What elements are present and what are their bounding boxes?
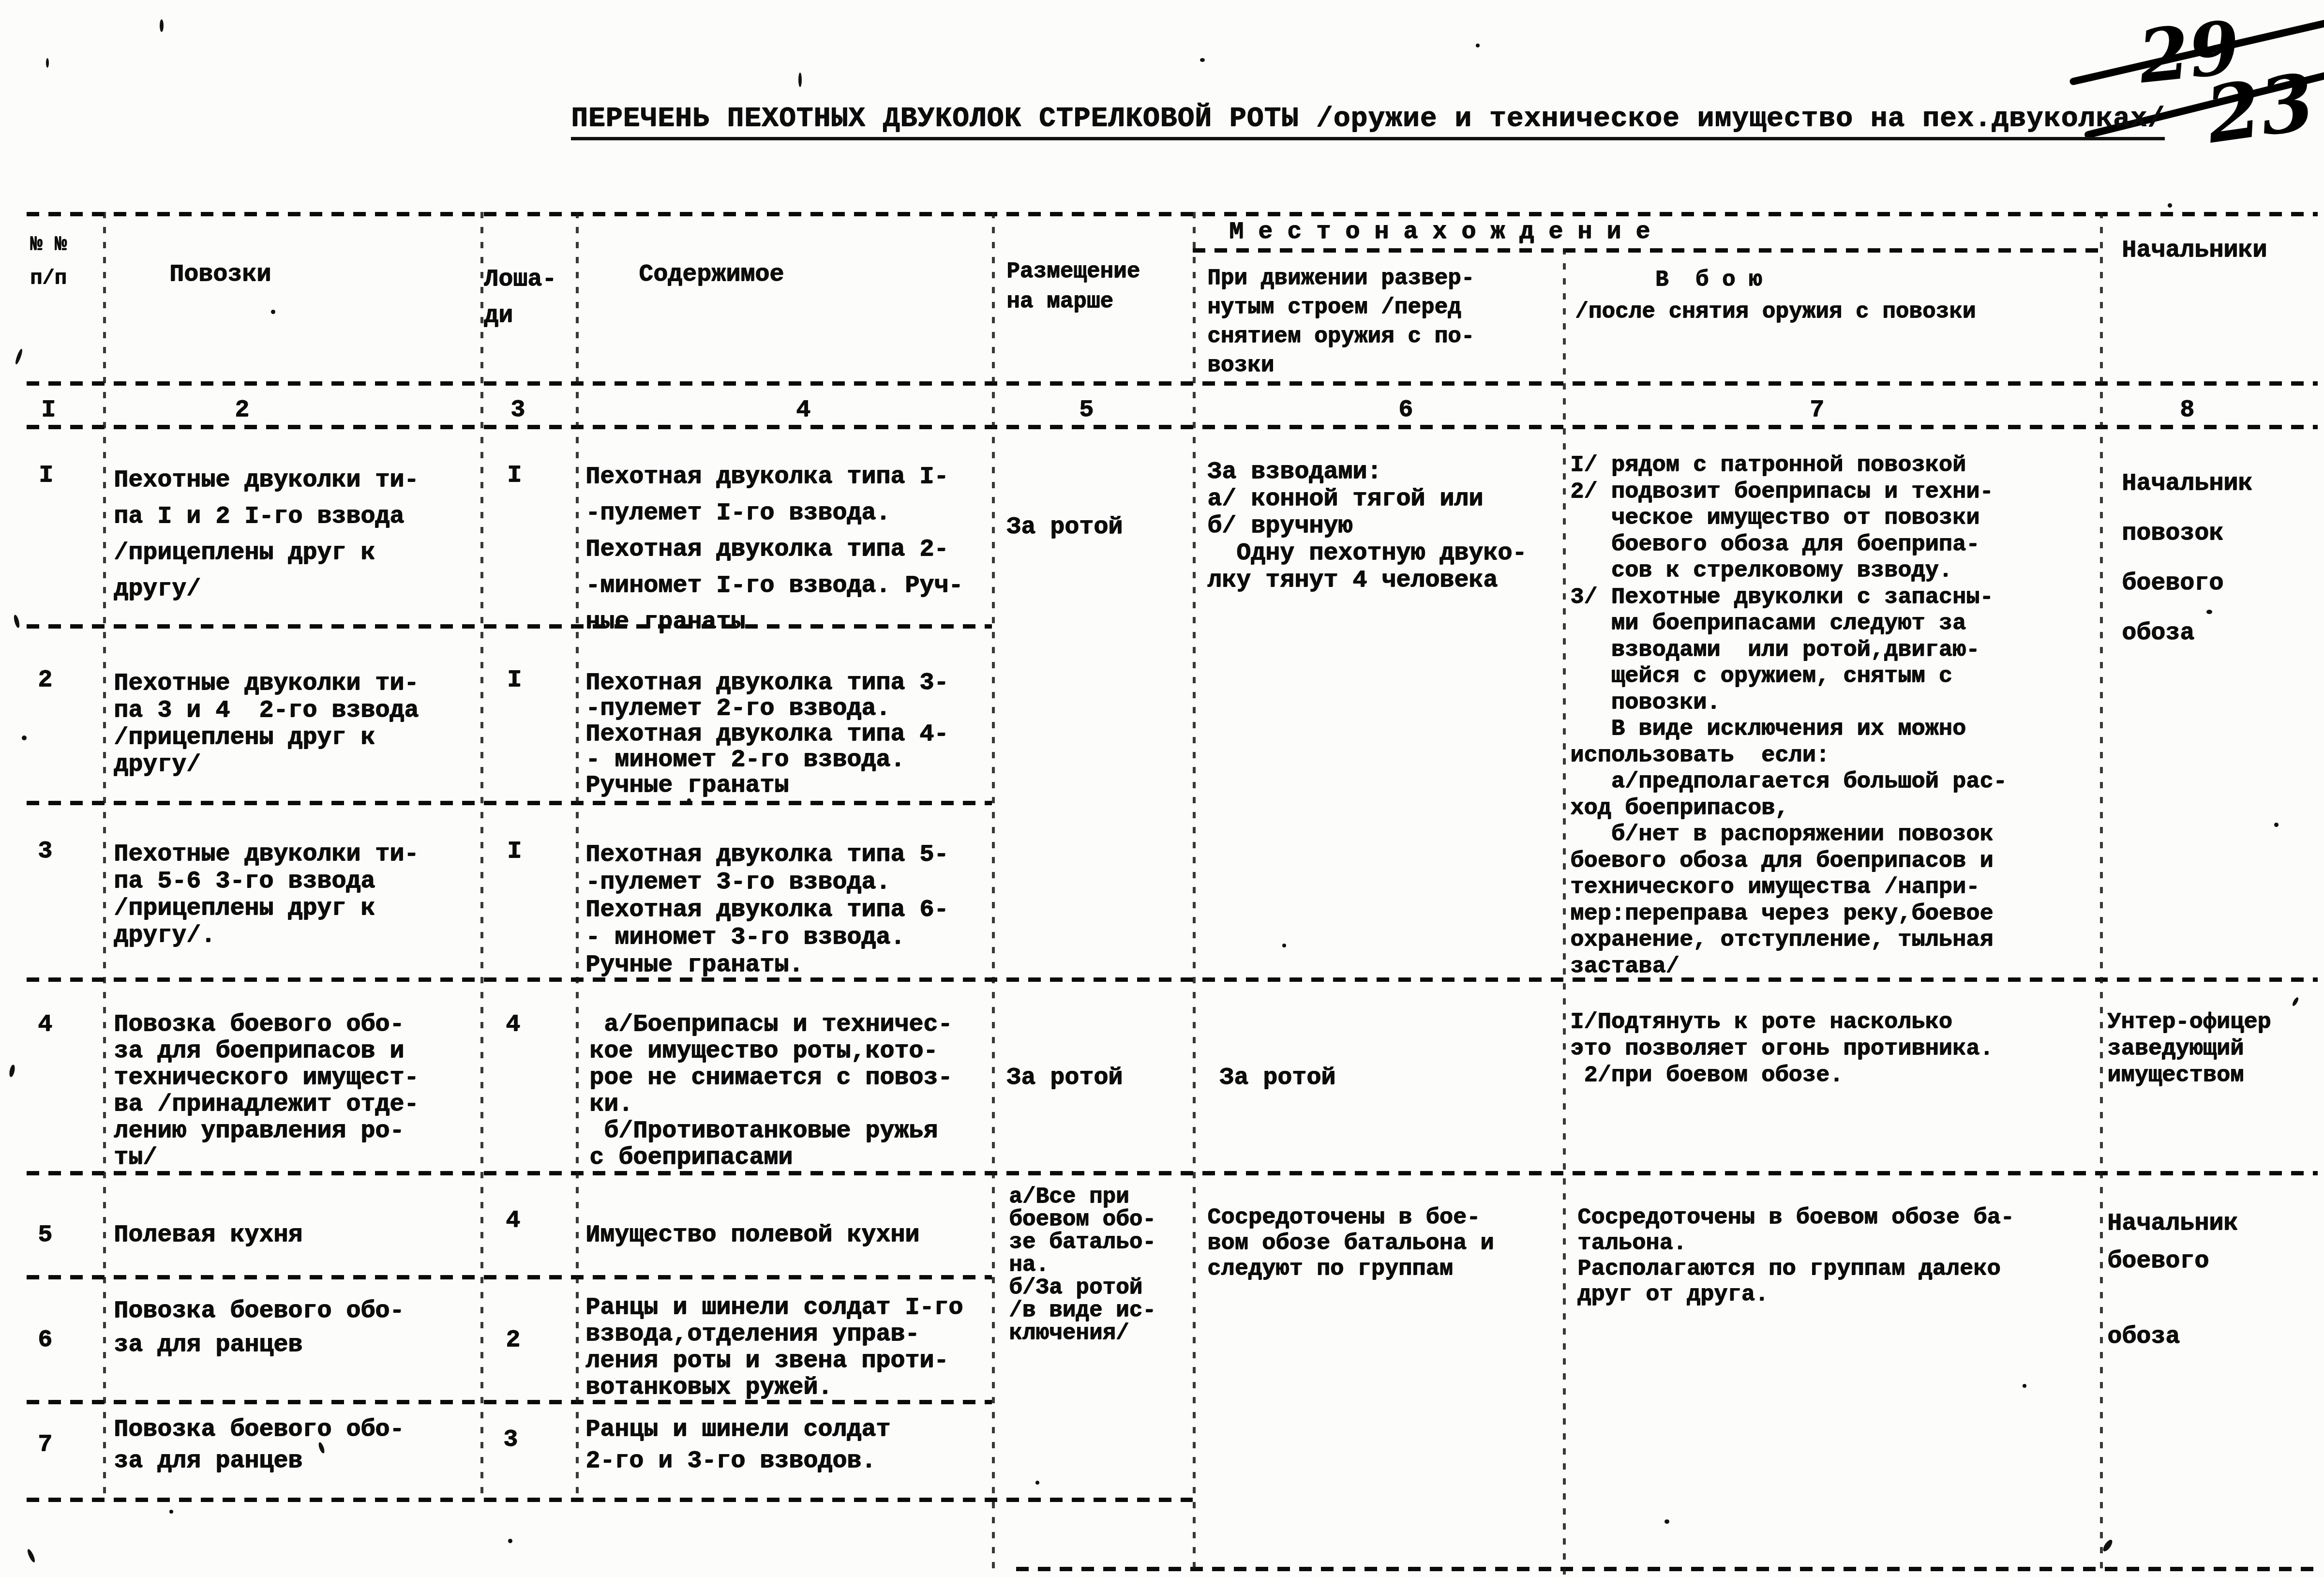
row6-number-cell: 6 bbox=[38, 1327, 52, 1353]
column-number-4: 4 bbox=[796, 397, 810, 423]
row3-contents-cell: Пехотная двуколка типа 5- -пулемет 3-го … bbox=[585, 841, 948, 979]
column-number-7: 7 bbox=[1810, 397, 1824, 423]
row7-number-cell: 7 bbox=[38, 1431, 52, 1458]
row1-number-cell: I bbox=[39, 462, 53, 489]
column-number-3: 3 bbox=[510, 397, 525, 423]
column-number-2: 2 bbox=[235, 397, 249, 423]
table-border-bottom-edge bbox=[1016, 1567, 2323, 1571]
row4-march-cell: За ротой bbox=[1006, 1065, 1123, 1091]
table-border-row5 bbox=[27, 1275, 992, 1279]
row2-contents-cell: Пехотная двуколка типа 3- -пулемет 2-го … bbox=[585, 670, 948, 798]
rows1-3-battle-cell: I/ рядом с патронной повозкой 2/ подвози… bbox=[1570, 452, 2007, 980]
row4-horses-cell: 4 bbox=[506, 1011, 520, 1038]
row3-wagons-cell: Пехотные двуколки ти- па 5-6 3-го взвода… bbox=[114, 841, 419, 949]
column-divider-4-5 bbox=[992, 212, 995, 1577]
header-wagons-cell: Повозки bbox=[169, 261, 271, 288]
row4-chief-cell: Унтер-офицер заведующий имуществом bbox=[2107, 1009, 2271, 1089]
row7-wagons-cell: Повозка боевого обо- за для ранцев bbox=[114, 1414, 404, 1477]
row1-contents-cell: Пехотная двуколка типа I- -пулемет I-го … bbox=[585, 459, 963, 640]
document-title: ПЕРЕЧЕНЬ ПЕХОТНЫХ ДВУКОЛОК СТРЕЛКОВОЙ РО… bbox=[571, 105, 2165, 140]
row5-wagons-cell: Полевая кухня bbox=[114, 1222, 302, 1248]
header-horses-cell: Лоша- ди bbox=[484, 261, 556, 334]
column-number-6: 6 bbox=[1398, 397, 1413, 423]
row4-contents-cell: а/Боеприпасы и техничес- кое имущество р… bbox=[589, 1011, 952, 1171]
table-border-under-numbers bbox=[27, 425, 2318, 429]
header-contents-cell: Содержимое bbox=[639, 261, 784, 288]
column-number-1: I bbox=[41, 397, 56, 423]
column-number-5: 5 bbox=[1079, 397, 1094, 423]
header-battle-cell: В б о ю /после снятия оружия с повозки bbox=[1575, 264, 1976, 328]
column-divider-6-7 bbox=[1563, 248, 1566, 1577]
row2-number-cell: 2 bbox=[38, 667, 52, 693]
table-border-row4 bbox=[27, 1171, 2318, 1175]
row4-number-cell: 4 bbox=[38, 1011, 52, 1038]
table-border-under-header bbox=[27, 381, 2318, 386]
rows5-7-battle-cell: Сосредоточены в боевом обозе ба- тальона… bbox=[1577, 1205, 2014, 1307]
column-divider-1-2 bbox=[103, 212, 106, 1499]
row7-horses-cell: 3 bbox=[503, 1427, 518, 1453]
column-divider-5-6 bbox=[1193, 212, 1196, 1577]
table-border-under-group-header bbox=[1193, 248, 2100, 253]
column-divider-7-8 bbox=[2100, 212, 2103, 1577]
row5-contents-cell: Имущество полевой кухни bbox=[585, 1222, 919, 1248]
header-location-group-cell: М е с т о н а х о ж д е н и е bbox=[1229, 219, 1650, 245]
row2-wagons-cell: Пехотные двуколки ти- па 3 и 4 2-го взво… bbox=[114, 670, 419, 779]
row4-deployed-cell: За ротой bbox=[1219, 1065, 1335, 1091]
rows1-3-deployed-cell: За взводами: а/ конной тягой или б/ вруч… bbox=[1207, 459, 1527, 594]
column-number-8: 8 bbox=[2180, 397, 2194, 423]
row3-horses-cell: I bbox=[507, 838, 522, 865]
rows5-7-chief-cell: Начальник боевого обоза bbox=[2107, 1205, 2238, 1356]
row2-horses-cell: I bbox=[507, 667, 522, 693]
row7-contents-cell: Ранцы и шинели солдат 2-го и 3-го взводо… bbox=[585, 1414, 890, 1477]
row1-wagons-cell: Пехотные двуколки ти- па I и 2 I-го взво… bbox=[114, 462, 419, 607]
rows5-7-deployed-cell: Сосредоточены в бое- вом обозе батальона… bbox=[1207, 1205, 1494, 1282]
row6-wagons-cell: Повозка боевого обо- за для ранцев bbox=[114, 1294, 404, 1362]
rows5-6-march-cell: а/Все при боевом обо- зе батальо- на. б/… bbox=[1009, 1186, 1156, 1345]
row4-battle-cell: I/Подтянуть к роте насколько это позволя… bbox=[1570, 1009, 1993, 1089]
row5-horses-cell: 4 bbox=[506, 1207, 520, 1234]
row4-wagons-cell: Повозка боевого обо- за для боеприпасов … bbox=[114, 1011, 419, 1171]
page-number: 23 bbox=[2201, 56, 2320, 161]
header-march-cell: Размещение на марше bbox=[1006, 256, 1140, 316]
row5-number-cell: 5 bbox=[38, 1222, 52, 1248]
rows1-3-march-cell: За ротой bbox=[1006, 514, 1123, 541]
rows1-3-chief-cell: Начальник повозок боевого обоза bbox=[2122, 459, 2252, 658]
row6-horses-cell: 2 bbox=[506, 1327, 520, 1353]
row6-contents-cell: Ранцы и шинели солдат I-го взвода,отделе… bbox=[585, 1294, 963, 1401]
header-chiefs-cell: Начальники bbox=[2122, 237, 2267, 264]
table-border-row2 bbox=[27, 801, 992, 805]
table-border-top bbox=[27, 212, 2318, 216]
table-border-bottom bbox=[27, 1498, 1193, 1502]
row1-horses-cell: I bbox=[507, 462, 522, 489]
column-divider-2-3 bbox=[480, 212, 483, 1499]
header-number-cell: № № п/п bbox=[30, 227, 67, 295]
column-divider-3-4 bbox=[576, 212, 579, 1499]
header-deployed-cell: При движении развер- нутым строем /перед… bbox=[1207, 264, 1474, 380]
row3-number-cell: 3 bbox=[38, 838, 52, 865]
